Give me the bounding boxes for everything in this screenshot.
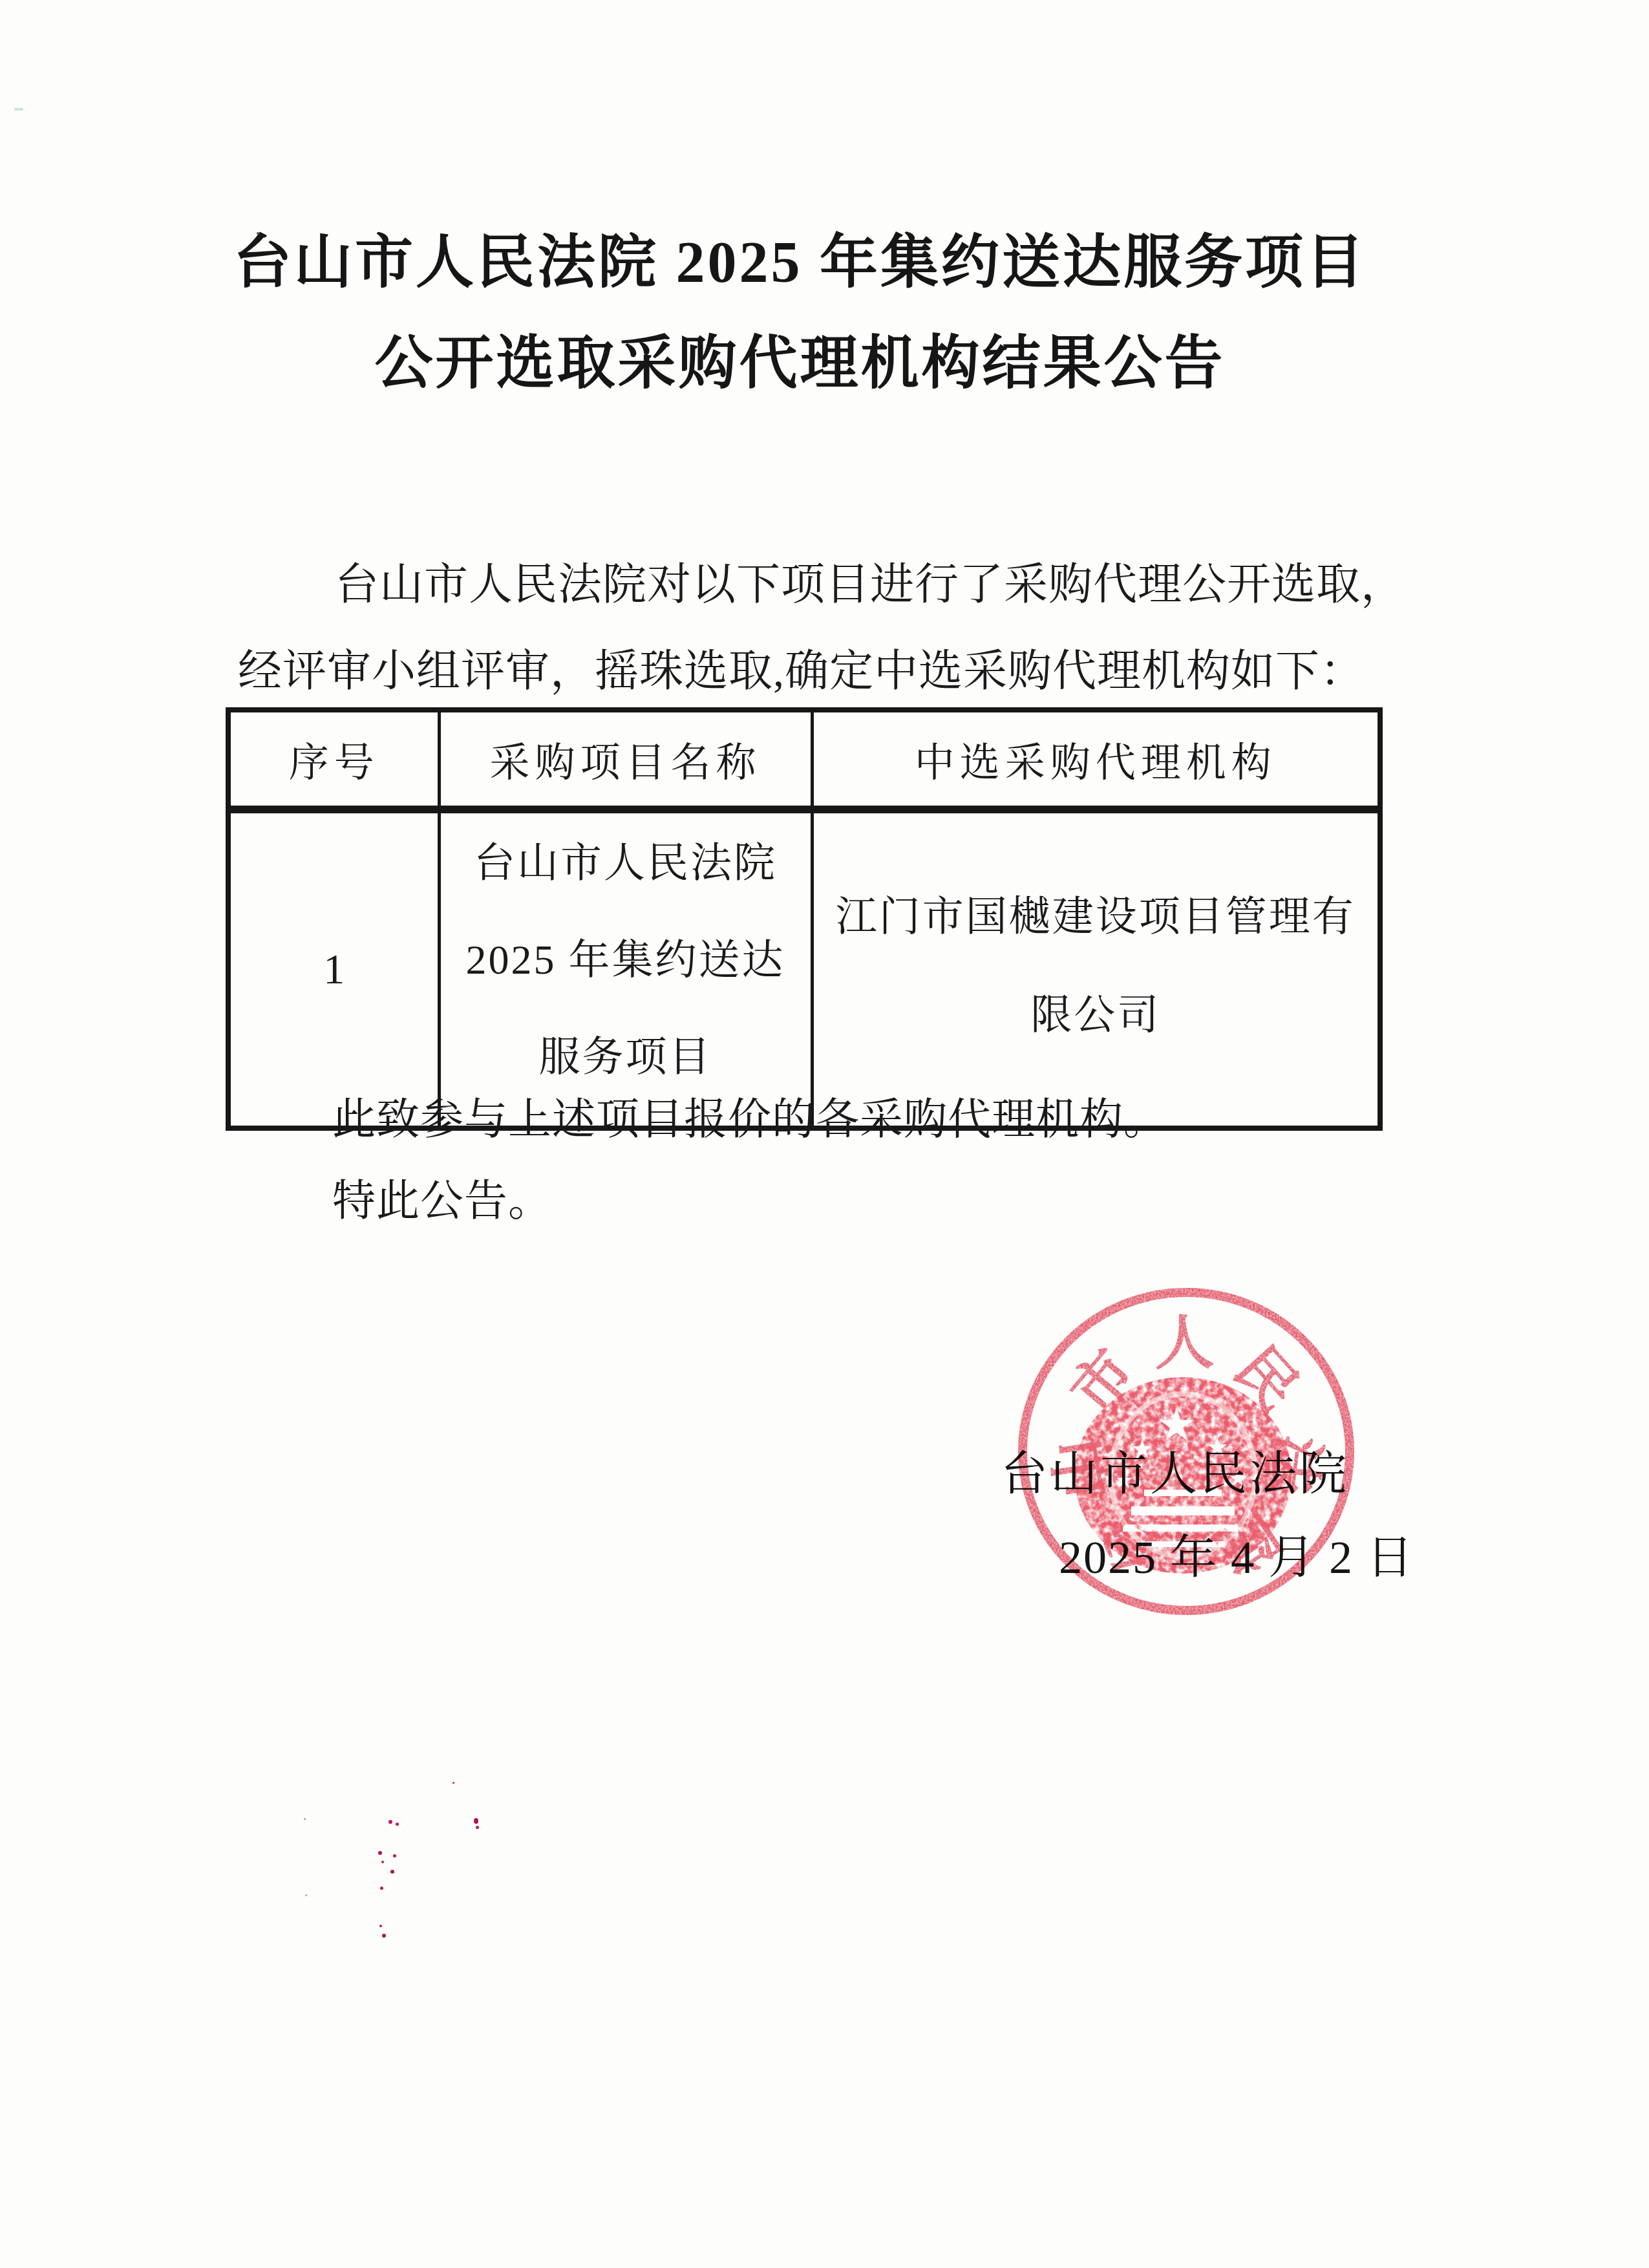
document-page: 台山市人民法院 2025 年集约送达服务项目 公开选取采购代理机构结果公告 台山… — [0, 0, 1649, 2268]
scan-speckle — [381, 1861, 384, 1863]
scan-speckle — [305, 1894, 307, 1896]
cell-seq: 1 — [228, 809, 439, 1128]
scan-speckle — [380, 1887, 383, 1890]
scan-speckle — [379, 1925, 382, 1927]
document-title-line-2: 公开选取采购代理机构结果公告 — [0, 316, 1624, 400]
cell-project-name: 台山市人民法院 2025 年集约送达 服务项目 — [439, 809, 812, 1128]
project-name-line-2: 2025 年集约送达 — [442, 912, 810, 1009]
closing-line-1: 此致参与上述项目报价的各采购代理机构。 — [332, 1085, 1167, 1147]
scan-speckle — [396, 1823, 399, 1826]
scan-speckle — [382, 1934, 386, 1938]
header-project-name: 采购项目名称 — [439, 710, 812, 809]
body-paragraph-line-2: 经评审小组评审，摇珠选取,确定中选采购代理机构如下： — [238, 636, 1365, 699]
scan-speckle — [378, 1851, 382, 1855]
scan-smudge — [14, 108, 23, 111]
emblem-gate-bar — [1144, 1490, 1222, 1496]
table-row: 1 台山市人民法院 2025 年集约送达 服务项目 江门市国樾建设项目管理有 限… — [228, 809, 1380, 1128]
header-selected-agency: 中选采购代理机构 — [812, 710, 1380, 809]
emblem-gate-bar — [1141, 1541, 1225, 1547]
scan-speckle — [476, 1826, 479, 1829]
header-seq: 序号 — [228, 710, 439, 809]
scan-speckle — [393, 1854, 396, 1857]
project-name-line-1: 台山市人民法院 — [442, 815, 810, 912]
scan-speckle — [388, 1820, 392, 1824]
agency-line-2: 限公司 — [814, 966, 1378, 1064]
document-title-line-1: 台山市人民法院 2025 年集约送达服务项目 — [0, 215, 1624, 299]
seal-ring-char: 人 — [1154, 1310, 1215, 1377]
scan-speckle — [390, 1870, 394, 1874]
emblem-gate-bar — [1123, 1524, 1243, 1532]
closing-line-2: 特此公告。 — [332, 1166, 552, 1228]
scan-speckle — [257, 232, 259, 235]
emblem-gate-bar — [1131, 1506, 1235, 1515]
result-table: 序号 采购项目名称 中选采购代理机构 1 台山市人民法院 2025 年集约送达 … — [226, 707, 1383, 1131]
national-emblem — [1074, 1377, 1292, 1574]
scan-speckle — [304, 1818, 306, 1820]
official-seal-graphic: 台 山 市 人 民 法 院 — [1012, 1287, 1361, 1616]
scan-speckle — [474, 1818, 478, 1824]
cell-selected-agency: 江门市国樾建设项目管理有 限公司 — [812, 809, 1380, 1128]
body-paragraph-line-1: 台山市人民法院对以下项目进行了采购代理公开选取， — [238, 550, 1405, 612]
scan-speckle — [452, 1782, 454, 1784]
agency-line-1: 江门市国樾建设项目管理有 — [814, 868, 1378, 966]
table-header-row: 序号 采购项目名称 中选采购代理机构 — [228, 710, 1380, 809]
official-seal: 台 山 市 人 民 法 院 — [1012, 1287, 1361, 1616]
